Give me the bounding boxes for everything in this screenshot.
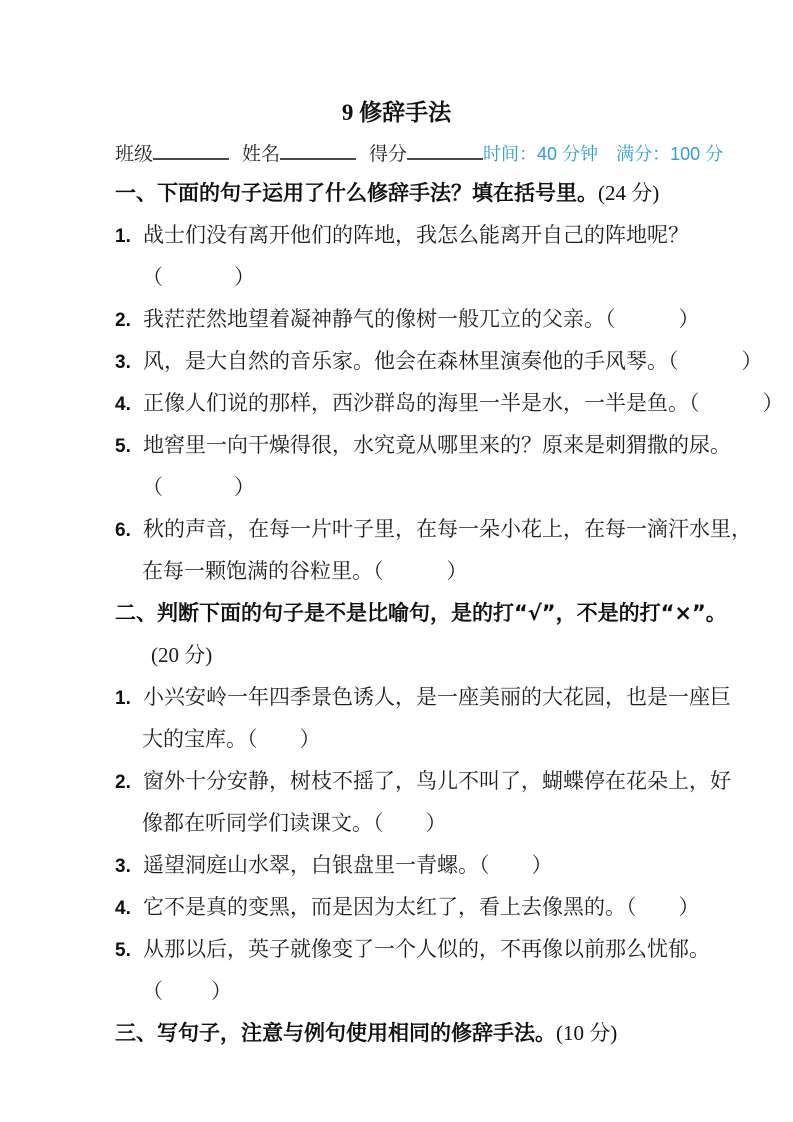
score-blank-line [407,141,483,160]
question-continuation: 像都在听同学们读课文。（ ） [115,802,793,844]
question-line: 4.它不是真的变黑，而是因为太红了，看上去像黑的。（ ） [115,886,793,928]
question-number: 3. [115,342,143,384]
section-score: (24 分) [598,181,659,205]
question-line: 4.正像人们说的那样，西沙群岛的海里一半是水，一半是鱼。（ ） [115,382,793,424]
score-label: 得分 [369,144,407,165]
answer-bracket: （ ） [115,466,793,508]
question-number: 1. [115,216,143,258]
name-blank-line [280,141,356,160]
question-text: 秋的声音，在每一片叶子里，在每一朵小花上，在每一滴汗水里， [143,517,752,541]
question-line: 3.风，是大自然的音乐家。他会在森林里演奏他的手风琴。（ ） [115,340,793,382]
worksheet-body: 一、下面的句子运用了什么修辞手法？填在括号里。(24 分) 1.战士们没有离开他… [115,172,793,1054]
section-heading: 二、判断下面的句子是不是比喻句，是的打“√”，不是的打“×”。 [115,592,793,634]
name-label: 姓名 [242,144,280,165]
question-text: 它不是真的变黑，而是因为太红了，看上去像黑的。（ ） [143,895,700,919]
question-number: 6. [115,510,143,552]
question-continuation: 大的宝库。（ ） [115,718,793,760]
page-title: 9 修辞手法 [0,98,793,128]
question-text: 地窖里一向干燥得很，水究竟从哪里来的？原来是刺猬撒的尿。 [143,433,731,457]
meta-row: 班级 姓名 得分 时间：40 分钟 满分：100 分 [115,136,683,166]
question-line: 2.我茫茫然地望着凝神静气的像树一般兀立的父亲。（ ） [115,298,793,340]
class-field: 班级 [115,139,229,166]
question-text: 小兴安岭一年四季景色诱人，是一座美丽的大花园，也是一座巨 [143,685,731,709]
section-score: (20 分) [115,634,793,676]
question-text: 我茫茫然地望着凝神静气的像树一般兀立的父亲。（ ） [143,307,700,331]
question-number: 5. [115,426,143,468]
question-text: 遥望洞庭山水翠，白银盘里一青螺。（ ） [143,853,553,877]
question-line: 6.秋的声音，在每一片叶子里，在每一朵小花上，在每一滴汗水里， [115,508,793,550]
score-field: 得分 [369,139,483,166]
section-heading: 一、下面的句子运用了什么修辞手法？填在括号里。(24 分) [115,172,793,214]
exam-info: 时间：40 分钟 满分：100 分 [483,140,723,166]
question-line: 2.窗外十分安静，树枝不摇了，鸟儿不叫了，蝴蝶停在花朵上，好 [115,760,793,802]
question-line: 5.从那以后，英子就像变了一个人似的，不再像以前那么忧郁。 [115,928,793,970]
question-line: 3.遥望洞庭山水翠，白银盘里一青螺。（ ） [115,844,793,886]
question-text: 风，是大自然的音乐家。他会在森林里演奏他的手风琴。（ ） [143,349,763,373]
question-number: 2. [115,300,143,342]
answer-bracket: （ ） [115,970,793,1012]
answer-bracket: （ ） [115,256,793,298]
meta-fields: 班级 姓名 得分 [115,139,483,166]
name-field: 姓名 [242,139,356,166]
question-number: 5. [115,930,143,972]
question-number: 3. [115,846,143,888]
worksheet-page: 9 修辞手法 班级 姓名 得分 时间：40 分钟 满分：100 分 一、下面的句… [0,0,793,1054]
class-blank-line [153,141,229,160]
question-text: 窗外十分安静，树枝不摇了，鸟儿不叫了，蝴蝶停在花朵上，好 [143,769,731,793]
question-number: 4. [115,384,143,426]
question-number: 4. [115,888,143,930]
question-number: 1. [115,678,143,720]
section-heading: 三、写句子，注意与例句使用相同的修辞手法。(10 分) [115,1012,793,1054]
question-continuation: 在每一颗饱满的谷粒里。（ ） [115,550,793,592]
question-line: 5.地窖里一向干燥得很，水究竟从哪里来的？原来是刺猬撒的尿。 [115,424,793,466]
section-score: (10 分) [556,1021,617,1045]
question-text: 从那以后，英子就像变了一个人似的，不再像以前那么忧郁。 [143,937,710,961]
class-label: 班级 [115,144,153,165]
question-text: 战士们没有离开他们的阵地，我怎么能离开自己的阵地呢？ [143,223,689,247]
question-line: 1.小兴安岭一年四季景色诱人，是一座美丽的大花园，也是一座巨 [115,676,793,718]
question-number: 2. [115,762,143,804]
question-line: 1.战士们没有离开他们的阵地，我怎么能离开自己的阵地呢？ [115,214,793,256]
question-text: 正像人们说的那样，西沙群岛的海里一半是水，一半是鱼。（ ） [143,391,784,415]
